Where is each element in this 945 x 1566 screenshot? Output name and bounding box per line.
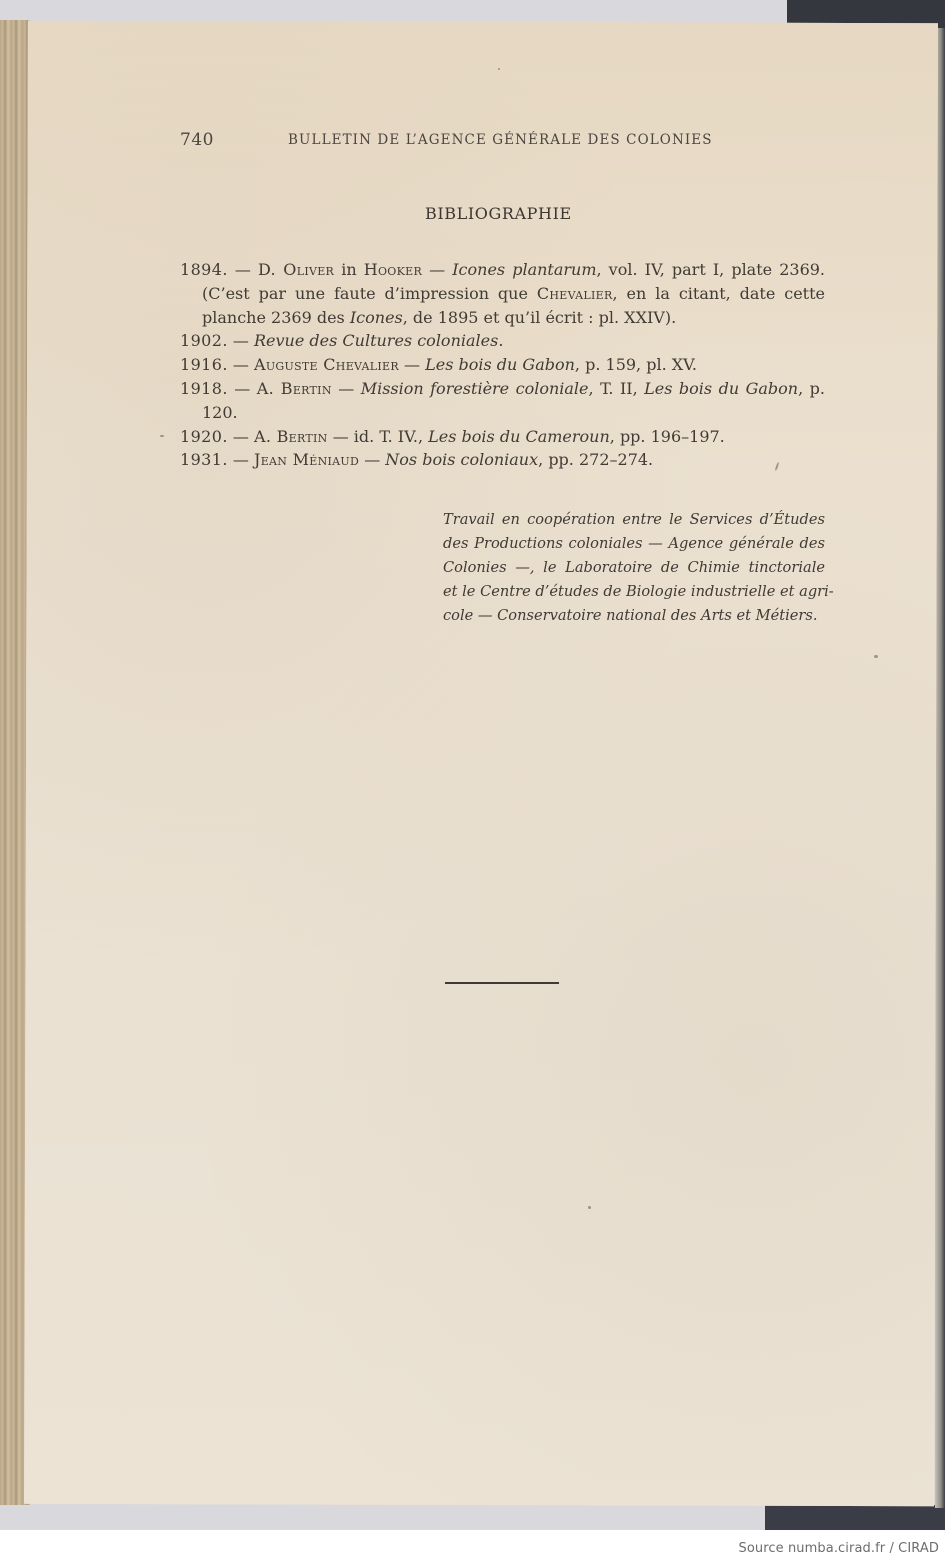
entry-author: Chevalier xyxy=(537,284,613,303)
entry-details: , T. II, xyxy=(589,379,645,398)
dash: — xyxy=(228,331,254,350)
entry-author: D. Oliver xyxy=(258,260,334,279)
entry-details: , pp. 196–197. xyxy=(610,427,725,446)
entry-author: Hooker xyxy=(364,260,422,279)
bibliography-entry: 1931. — Jean Méniaud — Nos bois coloniau… xyxy=(180,448,825,472)
entry-year: 1916. xyxy=(180,355,228,374)
credit-line: Travail en coopération entre le Services… xyxy=(443,508,825,532)
credit-note: Travail en coopération entre le Services… xyxy=(443,508,825,628)
dash: — xyxy=(399,355,425,374)
credit-line: cole — Conservatoire national des Arts e… xyxy=(443,604,825,628)
book-page xyxy=(24,21,938,1506)
dash: — xyxy=(332,379,361,398)
entry-year: 1894. xyxy=(180,260,228,279)
paper-speck xyxy=(498,68,500,70)
dash: — xyxy=(228,355,254,374)
dash: — xyxy=(228,450,254,469)
entry-year: 1918. xyxy=(180,379,228,398)
entry-title: Les bois du Gabon xyxy=(425,355,575,374)
running-head: 740 BULLETIN DE L’AGENCE GÉNÉRALE DES CO… xyxy=(180,130,720,150)
entry-author: A. Bertin xyxy=(257,379,332,398)
section-title: BIBLIOGRAPHIE xyxy=(425,204,572,223)
entry-title: Les bois du Cameroun xyxy=(428,427,610,446)
dash: — xyxy=(228,427,254,446)
entry-details: , pp. 272–274. xyxy=(538,450,653,469)
entry-year: 1920. xyxy=(180,427,228,446)
bibliography-entry: 1902. — Revue des Cultures coloniales. xyxy=(180,329,825,353)
credit-line: des Productions coloniales — Agence géné… xyxy=(443,532,825,556)
dash: — xyxy=(228,260,258,279)
page-number: 740 xyxy=(180,130,214,150)
bibliography-entry: 1894. — D. Oliver in Hooker — Icones pla… xyxy=(180,258,825,329)
entry-author: Auguste Chevalier xyxy=(254,355,399,374)
dash: — xyxy=(328,427,354,446)
entry-details: , de 1895 et qu’il écrit : pl. XXIV). xyxy=(403,308,676,327)
entry-title: Mission forestière coloniale xyxy=(361,379,589,398)
entry-title: Icones plantarum xyxy=(452,260,596,279)
entry-year: 1931. xyxy=(180,450,228,469)
dash: — xyxy=(359,450,385,469)
dash: — xyxy=(422,260,452,279)
entry-title: Nos bois coloniaux xyxy=(385,450,538,469)
bibliography-entry: 1918. — A. Bertin — Mission forestière c… xyxy=(180,377,825,425)
entry-author: Jean Méniaud xyxy=(254,450,359,469)
bibliography-list: 1894. — D. Oliver in Hooker — Icones pla… xyxy=(180,258,825,472)
running-head-title: BULLETIN DE L’AGENCE GÉNÉRALE DES COLONI… xyxy=(288,132,713,148)
source-credit: Source numba.cirad.fr / CIRAD xyxy=(738,1541,939,1556)
credit-line: Colonies —, le Laboratoire de Chimie tin… xyxy=(443,556,825,580)
bibliography-entry: 1916. — Auguste Chevalier — Les bois du … xyxy=(180,353,825,377)
entry-year: 1902. xyxy=(180,331,228,350)
credit-line: et le Centre d’études de Biologie indust… xyxy=(443,580,825,604)
entry-title: Icones xyxy=(350,308,403,327)
entry-details: id. T. IV., xyxy=(354,427,428,446)
entry-details: . xyxy=(498,331,503,350)
entry-title: Revue des Cultures coloniales xyxy=(254,331,498,350)
scan-backdrop xyxy=(0,0,945,1530)
entry-author: A. Bertin xyxy=(254,427,328,446)
bibliography-entry: 1920. — A. Bertin — id. T. IV., Les bois… xyxy=(180,425,825,449)
entry-details: , p. 159, pl. XV. xyxy=(575,355,697,374)
paper-speck xyxy=(588,1206,591,1209)
binding-strip-bottom xyxy=(765,1505,945,1530)
paper-speck xyxy=(874,655,878,658)
connector: in xyxy=(334,260,364,279)
dash: — xyxy=(228,379,257,398)
paper-speck xyxy=(160,435,164,437)
entry-title: Les bois du Gabon xyxy=(644,379,798,398)
end-rule xyxy=(445,982,559,984)
